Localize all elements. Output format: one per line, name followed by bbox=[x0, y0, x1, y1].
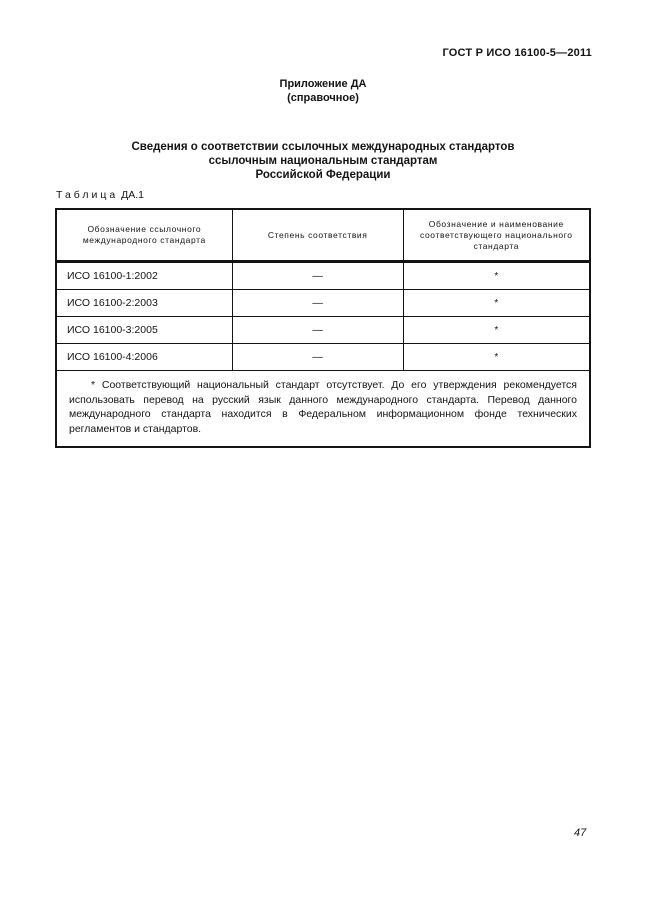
cell-degree: — bbox=[232, 262, 403, 290]
table-body: ИСО 16100-1:2002 — * ИСО 16100-2:2003 — … bbox=[56, 262, 590, 371]
title-line-1: Сведения о соответствии ссылочных междун… bbox=[55, 140, 591, 154]
table-row: ИСО 16100-3:2005 — * bbox=[56, 317, 590, 344]
cell-standard: ИСО 16100-2:2003 bbox=[56, 290, 232, 317]
header-cell-national: Обозначение и наименование соответствующ… bbox=[403, 209, 590, 262]
footnote-text: * Соответствующий национальный стандарт … bbox=[69, 378, 577, 436]
correspondence-table-wrap: Обозначение ссылочного международного ст… bbox=[55, 208, 591, 448]
document-title: Сведения о соответствии ссылочных междун… bbox=[55, 140, 591, 182]
footnote-cell: * Соответствующий национальный стандарт … bbox=[56, 371, 590, 448]
header-cell-degree: Степень соответствия bbox=[232, 209, 403, 262]
cell-national: * bbox=[403, 262, 590, 290]
cell-degree: — bbox=[232, 290, 403, 317]
header-row: Обозначение ссылочного международного ст… bbox=[56, 209, 590, 262]
annex-subtitle: (справочное) bbox=[55, 92, 591, 106]
table-caption-number: ДА.1 bbox=[121, 189, 144, 201]
table-row: ИСО 16100-1:2002 — * bbox=[56, 262, 590, 290]
cell-degree: — bbox=[232, 317, 403, 344]
header-cell-international: Обозначение ссылочного международного ст… bbox=[56, 209, 232, 262]
cell-national: * bbox=[403, 317, 590, 344]
table-caption: Таблица ДА.1 bbox=[56, 189, 144, 201]
table-foot: * Соответствующий национальный стандарт … bbox=[56, 371, 590, 448]
cell-national: * bbox=[403, 344, 590, 371]
standard-code: ГОСТ Р ИСО 16100-5—2011 bbox=[442, 47, 592, 59]
cell-standard: ИСО 16100-1:2002 bbox=[56, 262, 232, 290]
table-row: ИСО 16100-4:2006 — * bbox=[56, 344, 590, 371]
cell-standard: ИСО 16100-4:2006 bbox=[56, 344, 232, 371]
annex-title: Приложение ДА bbox=[55, 78, 591, 92]
correspondence-table: Обозначение ссылочного международного ст… bbox=[55, 208, 591, 448]
cell-degree: — bbox=[232, 344, 403, 371]
title-line-3: Российской Федерации bbox=[55, 168, 591, 182]
page-number: 47 bbox=[574, 827, 586, 839]
table-head: Обозначение ссылочного международного ст… bbox=[56, 209, 590, 262]
title-line-2: ссылочным национальным стандартам bbox=[55, 154, 591, 168]
cell-standard: ИСО 16100-3:2005 bbox=[56, 317, 232, 344]
annex-heading: Приложение ДА (справочное) bbox=[55, 78, 591, 105]
footnote-row: * Соответствующий национальный стандарт … bbox=[56, 371, 590, 448]
cell-national: * bbox=[403, 290, 590, 317]
document-page: ГОСТ Р ИСО 16100-5—2011 Приложение ДА (с… bbox=[0, 0, 646, 913]
table-row: ИСО 16100-2:2003 — * bbox=[56, 290, 590, 317]
table-caption-word: Таблица bbox=[56, 189, 118, 201]
